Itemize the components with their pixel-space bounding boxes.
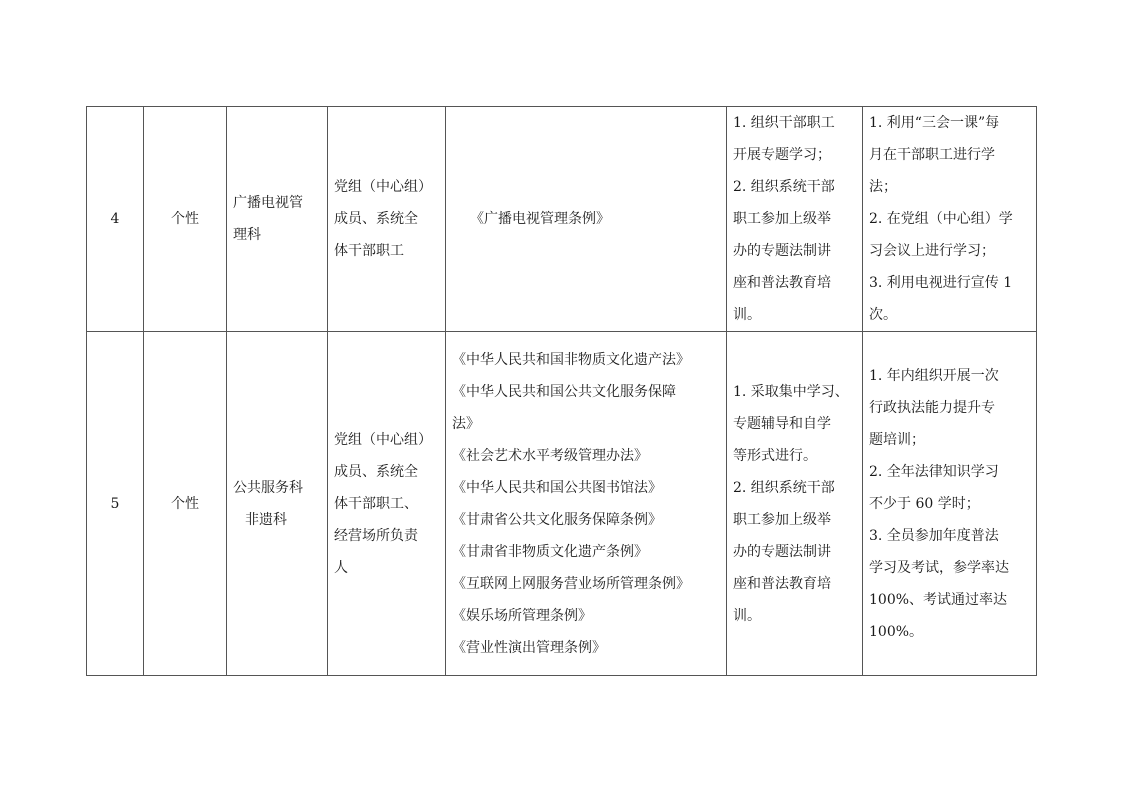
method-line: 座和普法教育培 bbox=[733, 568, 856, 600]
laws-cell: 《中华人民共和国非物质文化遗产法》 《中华人民共和国公共文化服务保障 法》 《社… bbox=[446, 332, 727, 676]
method-line: 专题辅导和自学 bbox=[733, 408, 856, 440]
goal-line: 月在干部职工进行学 bbox=[869, 139, 1030, 171]
law-item: 《互联网上网服务营业场所管理条例》 bbox=[452, 568, 720, 600]
method-line: 等形式进行。 bbox=[733, 440, 856, 472]
goal-line: 1. 年内组织开展一次 bbox=[869, 360, 1030, 392]
target-line: 人 bbox=[334, 552, 439, 584]
law-item: 《中华人民共和国非物质文化遗产法》 bbox=[452, 344, 720, 376]
goal-line: 题培训； bbox=[869, 424, 1030, 456]
target-line: 党组（中心组） bbox=[334, 424, 439, 456]
department-line: 公共服务科 bbox=[233, 472, 321, 504]
goal-cell: 1. 利用“三会一课”每 月在干部职工进行学 法； 2. 在党组（中心组）学 习… bbox=[863, 107, 1037, 332]
goal-line: 次。 bbox=[869, 299, 1030, 331]
department-cell: 公共服务科 非遗科 bbox=[227, 332, 328, 676]
goal-line: 100%、考试通过率达 bbox=[869, 584, 1030, 616]
target-line: 成员、系统全 bbox=[334, 456, 439, 488]
department-line: 非遗科 bbox=[233, 504, 321, 536]
department-cell: 广播电视管 理科 bbox=[227, 107, 328, 332]
law-item: 《甘肃省公共文化服务保障条例》 bbox=[452, 504, 720, 536]
goal-line: 1. 利用“三会一课”每 bbox=[869, 107, 1030, 139]
goal-line: 3. 全员参加年度普法 bbox=[869, 520, 1030, 552]
law-item: 《营业性演出管理条例》 bbox=[452, 632, 720, 664]
table-row: 5 个性 公共服务科 非遗科 党组（中心组） 成员、系统全 体干部职工、 经营场… bbox=[87, 332, 1037, 676]
goal-line: 行政执法能力提升专 bbox=[869, 392, 1030, 424]
law-study-plan-table: 4 个性 广播电视管 理科 党组（中心组） 成员、系统全 体干部职工 《广播电视… bbox=[86, 106, 1037, 676]
target-line: 体干部职工 bbox=[334, 235, 439, 267]
department-line: 广播电视管 bbox=[233, 187, 321, 219]
law-item: 《娱乐场所管理条例》 bbox=[452, 600, 720, 632]
method-cell: 1. 组织干部职工 开展专题学习； 2. 组织系统干部 职工参加上级举 办的专题… bbox=[727, 107, 863, 332]
method-cell: 1. 采取集中学习、 专题辅导和自学 等形式进行。 2. 组织系统干部 职工参加… bbox=[727, 332, 863, 676]
law-item: 《社会艺术水平考级管理办法》 bbox=[452, 440, 720, 472]
method-line: 办的专题法制讲 bbox=[733, 536, 856, 568]
method-line: 2. 组织系统干部 bbox=[733, 472, 856, 504]
method-line: 办的专题法制讲 bbox=[733, 235, 856, 267]
method-line: 训。 bbox=[733, 600, 856, 632]
target-cell: 党组（中心组） 成员、系统全 体干部职工 bbox=[328, 107, 446, 332]
target-line: 党组（中心组） bbox=[334, 171, 439, 203]
method-line: 开展专题学习； bbox=[733, 139, 856, 171]
law-item: 法》 bbox=[452, 408, 720, 440]
goal-line: 2. 在党组（中心组）学 bbox=[869, 203, 1030, 235]
target-line: 体干部职工、 bbox=[334, 488, 439, 520]
method-line: 职工参加上级举 bbox=[733, 203, 856, 235]
table-row: 4 个性 广播电视管 理科 党组（中心组） 成员、系统全 体干部职工 《广播电视… bbox=[87, 107, 1037, 332]
row-number: 4 bbox=[87, 107, 144, 332]
method-line: 2. 组织系统干部 bbox=[733, 171, 856, 203]
method-line: 训。 bbox=[733, 299, 856, 331]
goal-line: 100%。 bbox=[869, 616, 1030, 648]
law-item: 《甘肃省非物质文化遗产条例》 bbox=[452, 536, 720, 568]
laws-cell: 《广播电视管理条例》 bbox=[446, 107, 727, 332]
method-line: 1. 组织干部职工 bbox=[733, 107, 856, 139]
law-item: 《中华人民共和国公共文化服务保障 bbox=[452, 376, 720, 408]
goal-line: 3. 利用电视进行宣传 1 bbox=[869, 267, 1030, 299]
method-line: 职工参加上级举 bbox=[733, 504, 856, 536]
law-item: 《中华人民共和国公共图书馆法》 bbox=[452, 472, 720, 504]
target-cell: 党组（中心组） 成员、系统全 体干部职工、 经营场所负责 人 bbox=[328, 332, 446, 676]
goal-line: 2. 全年法律知识学习 bbox=[869, 456, 1030, 488]
row-number: 5 bbox=[87, 332, 144, 676]
target-line: 经营场所负责 bbox=[334, 520, 439, 552]
target-line: 成员、系统全 bbox=[334, 203, 439, 235]
goal-cell: 1. 年内组织开展一次 行政执法能力提升专 题培训； 2. 全年法律知识学习 不… bbox=[863, 332, 1037, 676]
goal-line: 不少于 60 学时； bbox=[869, 488, 1030, 520]
goal-line: 学习及考试，参学率达 bbox=[869, 552, 1030, 584]
method-line: 座和普法教育培 bbox=[733, 267, 856, 299]
method-line: 1. 采取集中学习、 bbox=[733, 376, 856, 408]
goal-line: 习会议上进行学习； bbox=[869, 235, 1030, 267]
row-type: 个性 bbox=[144, 332, 227, 676]
law-item: 《广播电视管理条例》 bbox=[470, 203, 720, 235]
row-type: 个性 bbox=[144, 107, 227, 332]
department-line: 理科 bbox=[233, 219, 321, 251]
goal-line: 法； bbox=[869, 171, 1030, 203]
